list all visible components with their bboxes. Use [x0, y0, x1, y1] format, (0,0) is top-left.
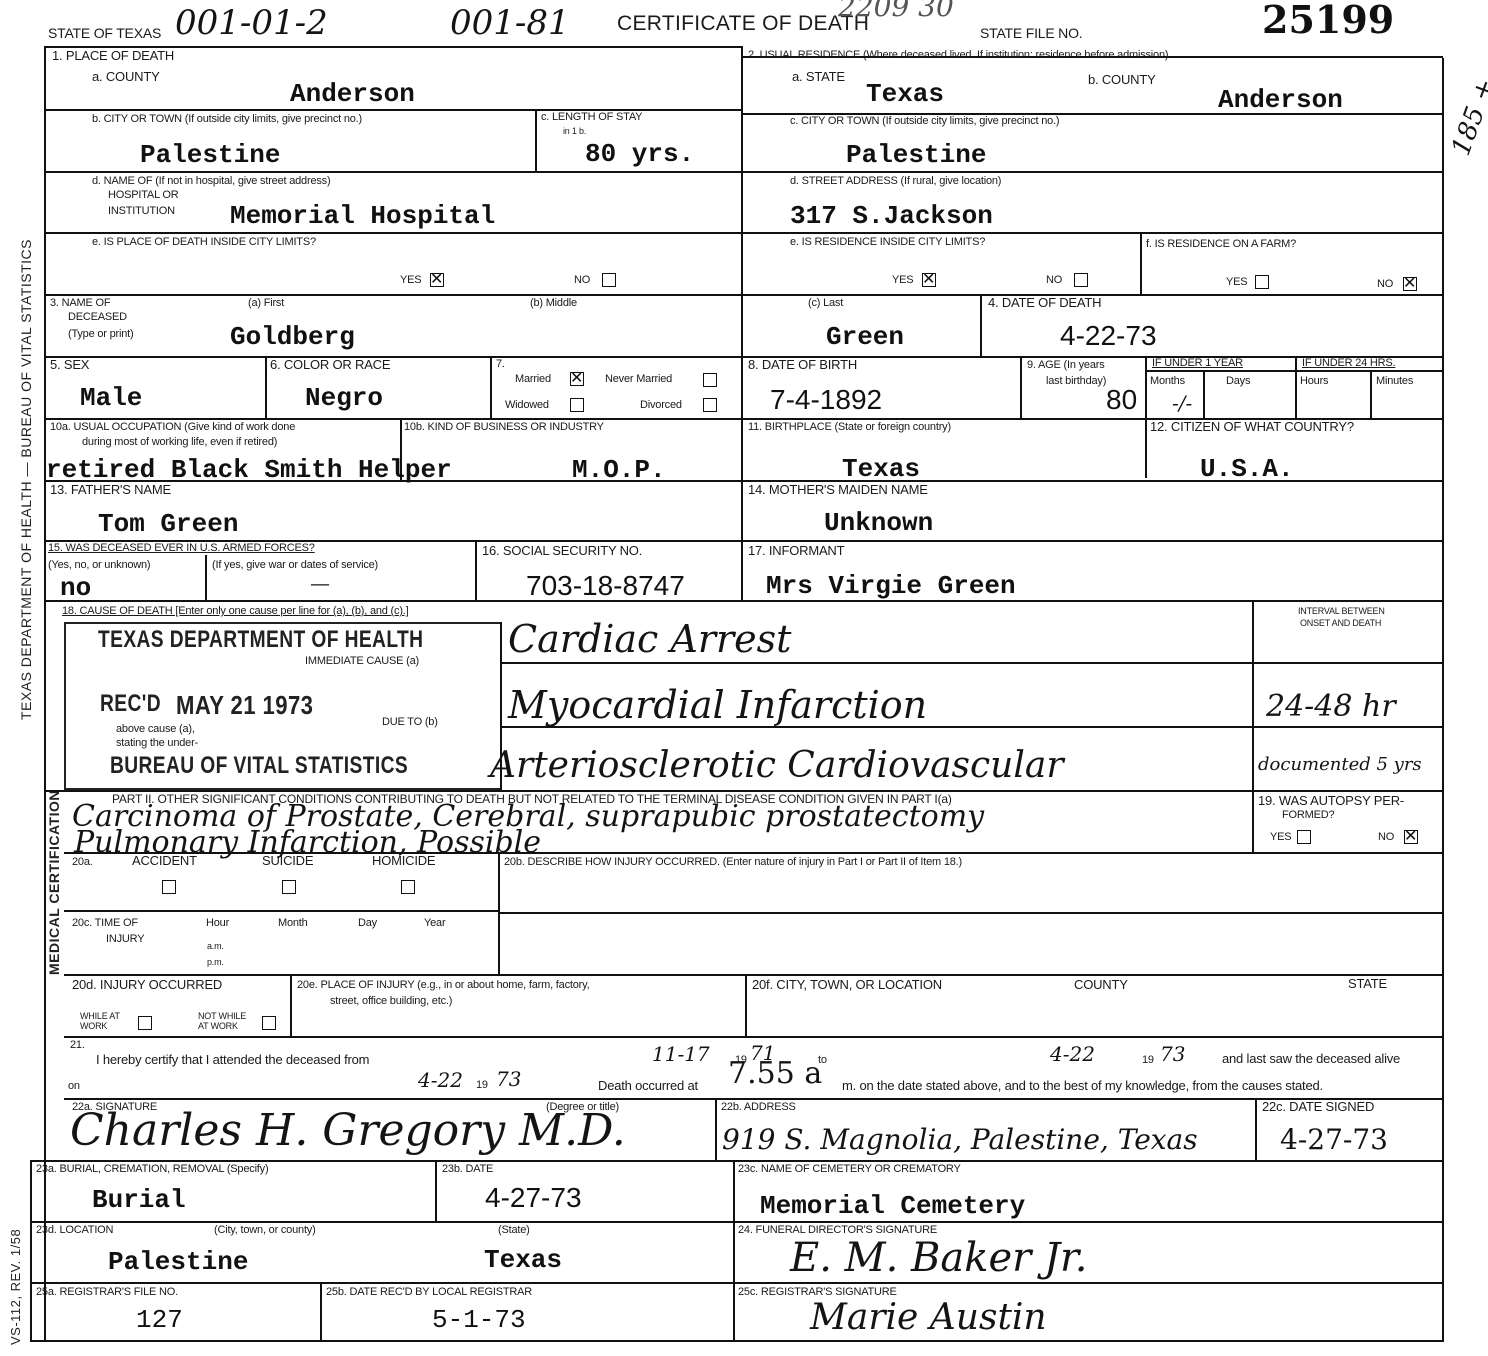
physician-signature: Charles H. Gregory M.D. — [70, 1106, 626, 1156]
occupation-label-1: 10a. USUAL OCCUPATION (Give kind of work… — [50, 421, 295, 433]
attended-to-date: 4-22 — [1050, 1041, 1095, 1067]
date-signed-label: 22c. DATE SIGNED — [1262, 1100, 1374, 1114]
autopsy-yes-label: YES — [1270, 831, 1291, 843]
certificate-title: CERTIFICATE OF DEATH — [617, 12, 869, 36]
registrar-date-label: 25b. DATE REC'D BY LOCAL REGISTRAR — [326, 1286, 532, 1298]
burial-value: Burial — [92, 1186, 186, 1214]
to-year-prefix: 19 — [1142, 1054, 1154, 1066]
first-name-value: Goldberg — [230, 323, 355, 351]
race-value: Negro — [305, 384, 383, 412]
armed-forces-label: 15. WAS DECEASED EVER IN U.S. ARMED FORC… — [48, 542, 315, 554]
last-name-value: Green — [826, 323, 904, 351]
while-at-work-label-2: WORK — [80, 1021, 107, 1031]
autopsy-no-checkbox[interactable] — [1404, 830, 1418, 844]
injury-county-label: COUNTY — [1074, 978, 1128, 992]
pm-label: p.m. — [207, 957, 224, 967]
residence-farm-no-label: NO — [1377, 278, 1393, 290]
death-occurred-at-label: Death occurred at — [598, 1079, 698, 1093]
residence-city-label: c. CITY OR TOWN (If outside city limits,… — [790, 115, 1059, 127]
accident-checkbox[interactable] — [162, 880, 176, 894]
residence-inside-city-yes-label: YES — [892, 274, 913, 286]
location-sublabel: (City, town, or county) — [214, 1224, 316, 1236]
residence-state-value: Texas — [866, 80, 944, 108]
cause-c-value: Arteriosclerotic Cardiovascular — [490, 746, 1064, 786]
place-of-death-label: 1. PLACE OF DEATH — [52, 49, 174, 63]
am-label: a.m. — [207, 941, 224, 951]
registrar-signature: Marie Austin — [810, 1298, 1047, 1338]
cause-of-death-label: 18. CAUSE OF DEATH [Enter only one cause… — [62, 605, 409, 617]
minutes-label: Minutes — [1376, 375, 1413, 387]
interval-b-value: 24-48 hr — [1266, 690, 1396, 724]
margin-note: 185 + — [1448, 75, 1488, 159]
date-of-death-label: 4. DATE OF DEATH — [988, 296, 1101, 310]
autopsy-label-1: 19. WAS AUTOPSY PER- — [1258, 794, 1404, 808]
widowed-checkbox[interactable] — [570, 398, 584, 412]
death-county-label: a. COUNTY — [92, 70, 160, 84]
injury-occurred-label: 20d. INJURY OCCURRED — [72, 978, 222, 992]
last-seen-year-prefix: 19 — [476, 1079, 488, 1091]
months-label: Months — [1150, 375, 1185, 387]
death-inside-city-no-label: NO — [574, 274, 590, 286]
registrar-file-label: 25a. REGISTRAR'S FILE NO. — [36, 1286, 178, 1298]
state-of-texas-label: STATE OF TEXAS — [48, 26, 161, 40]
residence-farm-label: f. IS RESIDENCE ON A FARM? — [1146, 238, 1296, 250]
armed-yn-label: (Yes, no, or unknown) — [48, 560, 150, 570]
not-at-work-label-1: NOT WHILE — [198, 1011, 246, 1021]
married-checkbox[interactable] — [570, 372, 584, 386]
registrar-file-value: 127 — [136, 1306, 183, 1334]
ssn-value: 703-18-8747 — [526, 572, 685, 600]
interval-c-value: documented 5 yrs — [1258, 752, 1422, 778]
residence-farm-yes-checkbox[interactable] — [1255, 275, 1269, 289]
birthplace-value: Texas — [842, 455, 920, 483]
father-value: Tom Green — [98, 510, 238, 538]
business-value: M.O.P. — [572, 456, 666, 484]
department-vertical-label: TEXAS DEPARTMENT OF HEALTH — BUREAU OF V… — [18, 239, 34, 720]
suicide-checkbox[interactable] — [282, 880, 296, 894]
age-label-2: last birthday) — [1046, 375, 1106, 387]
place-of-injury-label-2: street, office building, etc.) — [330, 995, 452, 1007]
stamp-bureau: BUREAU OF VITAL STATISTICS — [110, 752, 408, 780]
deceased-name-label-2: DECEASED — [68, 311, 127, 323]
residence-farm-yes-label: YES — [1226, 276, 1247, 288]
residence-street-value: 317 S.Jackson — [790, 202, 993, 230]
accident-label: ACCIDENT — [132, 854, 197, 868]
death-county-value: Anderson — [290, 80, 415, 108]
attended-to-year: 73 — [1160, 1041, 1185, 1067]
funeral-director-signature: E. M. Baker Jr. — [790, 1236, 1087, 1280]
hour-label: Hour — [206, 917, 229, 929]
days-label: Days — [1226, 375, 1250, 387]
year-label: Year — [424, 917, 445, 929]
marital-label: 7. — [496, 358, 505, 370]
date-of-birth-label: 8. DATE OF BIRTH — [748, 358, 857, 372]
certification-text-2: and last saw the deceased alive — [1222, 1052, 1400, 1066]
citizen-label: 12. CITIZEN OF WHAT COUNTRY? — [1150, 420, 1354, 434]
hours-label: Hours — [1300, 375, 1328, 387]
injury-type-label: 20a. — [72, 856, 93, 868]
stamp-department: TEXAS DEPARTMENT OF HEALTH — [98, 626, 423, 654]
immediate-cause-label: IMMEDIATE CAUSE (a) — [305, 655, 419, 667]
cause-b-value: Myocardial Infarction — [508, 684, 927, 726]
death-city-label: b. CITY OR TOWN (If outside city limits,… — [92, 113, 362, 125]
day-label: Day — [358, 917, 377, 929]
mother-value: Unknown — [824, 509, 933, 537]
location-city-value: Palestine — [108, 1248, 248, 1276]
death-inside-city-no-checkbox[interactable] — [602, 273, 616, 287]
interval-label-1: INTERVAL BETWEEN — [1298, 606, 1385, 616]
place-of-injury-label-1: 20e. PLACE OF INJURY (e.g., in or about … — [297, 979, 589, 991]
autopsy-no-label: NO — [1378, 831, 1394, 843]
not-at-work-checkbox[interactable] — [262, 1016, 276, 1030]
homicide-checkbox[interactable] — [401, 880, 415, 894]
occupation-value: retired Black Smith Helper — [46, 456, 452, 484]
on-label: on — [68, 1080, 80, 1092]
state-file-no-label: STATE FILE NO. — [980, 26, 1082, 40]
certification-text-3: m. on the date stated above, and to the … — [842, 1079, 1323, 1093]
length-of-stay-value: 80 yrs. — [585, 140, 694, 168]
form-number-label: VS-112, REV. 1/58 — [8, 1229, 23, 1345]
due-to-b-label: DUE TO (b) — [382, 716, 438, 728]
date-signed-value: 4-27-73 — [1280, 1124, 1388, 1156]
father-label: 13. FATHER'S NAME — [50, 483, 171, 497]
interval-label-2: ONSET AND DEATH — [1300, 618, 1381, 628]
residence-inside-city-no-label: NO — [1046, 274, 1062, 286]
state-sublabel: (State) — [498, 1224, 530, 1236]
location-state-value: Texas — [484, 1246, 562, 1274]
certification-text-1: I hereby certify that I attended the dec… — [96, 1053, 369, 1067]
residence-inside-city-yes-checkbox[interactable] — [922, 273, 936, 287]
race-label: 6. COLOR OR RACE — [270, 358, 390, 372]
describe-injury-label: 20b. DESCRIBE HOW INJURY OCCURRED. (Ente… — [504, 856, 962, 868]
residence-state-label: a. STATE — [792, 70, 845, 84]
business-label: 10b. KIND OF BUSINESS OR INDUSTRY — [404, 421, 604, 433]
last-seen-year: 73 — [496, 1066, 521, 1092]
residence-label: 2. USUAL RESIDENCE (Where deceased lived… — [748, 49, 1168, 61]
conditions-label-3: above cause (a), — [116, 724, 195, 734]
armed-forces-value: no — [60, 574, 91, 602]
citizen-value: U.S.A. — [1200, 455, 1294, 483]
registrar-date-value: 5-1-73 — [432, 1306, 526, 1334]
mother-label: 14. MOTHER'S MAIDEN NAME — [748, 483, 928, 497]
attended-from-date: 11-17 — [652, 1041, 710, 1067]
age-value: 80 — [1106, 386, 1137, 414]
injury-state-label: STATE — [1348, 977, 1387, 991]
autopsy-yes-checkbox[interactable] — [1297, 830, 1311, 844]
burial-label: 23a. BURIAL, CREMATION, REMOVAL (Specify… — [36, 1163, 268, 1175]
residence-street-label: d. STREET ADDRESS (If rural, give locati… — [790, 175, 1001, 187]
injury-location-label: 20f. CITY, TOWN, OR LOCATION — [752, 978, 942, 992]
residence-farm-no-checkbox[interactable] — [1403, 277, 1417, 291]
homicide-label: HOMICIDE — [372, 854, 435, 868]
last-name-label: (c) Last — [808, 297, 843, 309]
length-of-stay-label: c. LENGTH OF STAY — [541, 111, 642, 123]
disposition-date-label: 23b. DATE — [442, 1163, 493, 1175]
deceased-name-label-3: (Type or print) — [68, 328, 133, 340]
while-at-work-label-1: WHILE AT — [80, 1011, 120, 1021]
hospital-value: Memorial Hospital — [230, 202, 495, 230]
residence-inside-city-label: e. IS RESIDENCE INSIDE CITY LIMITS? — [790, 236, 985, 248]
under-24-hrs-label: IF UNDER 24 HRS. — [1302, 357, 1395, 369]
location-label: 23d. LOCATION — [36, 1224, 113, 1236]
ssn-label: 16. SOCIAL SECURITY NO. — [482, 544, 642, 558]
handwritten-code-1: 001-01-2 — [175, 10, 328, 36]
cemetery-label: 23c. NAME OF CEMETERY OR CREMATORY — [738, 1163, 961, 1175]
divorced-label: Divorced — [640, 399, 682, 411]
handwritten-code-3: 2209 30 — [838, 0, 954, 20]
death-inside-city-label: e. IS PLACE OF DEATH INSIDE CITY LIMITS? — [92, 236, 316, 248]
divorced-checkbox[interactable] — [703, 398, 717, 412]
stamp-received-date: MAY 21 1973 — [176, 690, 313, 721]
disposition-date-value: 4-27-73 — [485, 1184, 582, 1212]
residence-county-label: b. COUNTY — [1088, 73, 1156, 87]
state-file-number: 25199 — [1262, 0, 1394, 40]
time-of-injury-label-2: INJURY — [106, 933, 144, 945]
conditions-label-4: stating the under- — [116, 738, 198, 748]
sex-label: 5. SEX — [50, 358, 89, 372]
age-label-1: 9. AGE (In years — [1027, 359, 1105, 371]
date-of-death-value: 4-22-73 — [1060, 322, 1157, 350]
medical-certification-vertical-label: MEDICAL CERTIFICATION — [46, 790, 62, 975]
not-at-work-label-2: AT WORK — [198, 1021, 238, 1031]
never-married-label: Never Married — [605, 373, 672, 385]
informant-value: Mrs Virgie Green — [766, 572, 1016, 600]
armed-war-value: — — [310, 570, 330, 596]
armed-war-label: (If yes, give war or dates of service) — [212, 560, 378, 570]
sex-value: Male — [80, 384, 142, 412]
under-1-year-label: IF UNDER 1 YEAR — [1152, 357, 1243, 369]
physician-address-label: 22b. ADDRESS — [721, 1101, 796, 1113]
certification-number-label: 21. — [70, 1039, 85, 1051]
married-label: Married — [515, 373, 551, 385]
stamp-received-prefix: REC'D — [100, 690, 161, 718]
occupation-label-2: during most of working life, even if ret… — [82, 437, 277, 447]
hospital-label-3: INSTITUTION — [108, 205, 175, 217]
residence-county-value: Anderson — [1218, 86, 1343, 114]
hospital-label-2: HOSPITAL OR — [108, 189, 179, 201]
middle-name-label: (b) Middle — [530, 297, 577, 309]
first-name-label: (a) First — [248, 297, 284, 309]
residence-inside-city-no-checkbox[interactable] — [1074, 273, 1088, 287]
death-inside-city-yes-checkbox[interactable] — [430, 273, 444, 287]
deceased-name-label-1: 3. NAME OF — [50, 297, 110, 309]
month-label: Month — [278, 917, 308, 929]
autopsy-label-2: FORMED? — [1282, 809, 1334, 821]
handwritten-code-2: 001-81 — [450, 10, 570, 36]
months-value: -/- — [1172, 390, 1192, 416]
informant-label: 17. INFORMANT — [748, 544, 844, 558]
cemetery-value: Memorial Cemetery — [760, 1192, 1025, 1220]
death-city-value: Palestine — [140, 141, 280, 169]
physician-address: 919 S. Magnolia, Palestine, Texas — [722, 1124, 1198, 1156]
length-of-stay-sublabel: in 1 b. — [563, 126, 586, 136]
hospital-label-1: d. NAME OF (If not in hospital, give str… — [92, 175, 330, 187]
while-at-work-checkbox[interactable] — [138, 1016, 152, 1030]
death-inside-city-yes-label: YES — [400, 274, 421, 286]
death-time-value: 7.55 a — [728, 1058, 822, 1090]
residence-city-value: Palestine — [846, 141, 986, 169]
last-seen-date: 4-22 — [418, 1067, 463, 1093]
date-of-birth-value: 7-4-1892 — [770, 386, 882, 414]
cause-a-value: Cardiac Arrest — [508, 618, 791, 660]
time-of-injury-label-1: 20c. TIME OF — [72, 917, 138, 929]
never-married-checkbox[interactable] — [703, 373, 717, 387]
widowed-label: Widowed — [505, 399, 549, 411]
birthplace-label: 11. BIRTHPLACE (State or foreign country… — [748, 421, 951, 433]
suicide-label: SUICIDE — [262, 854, 313, 868]
